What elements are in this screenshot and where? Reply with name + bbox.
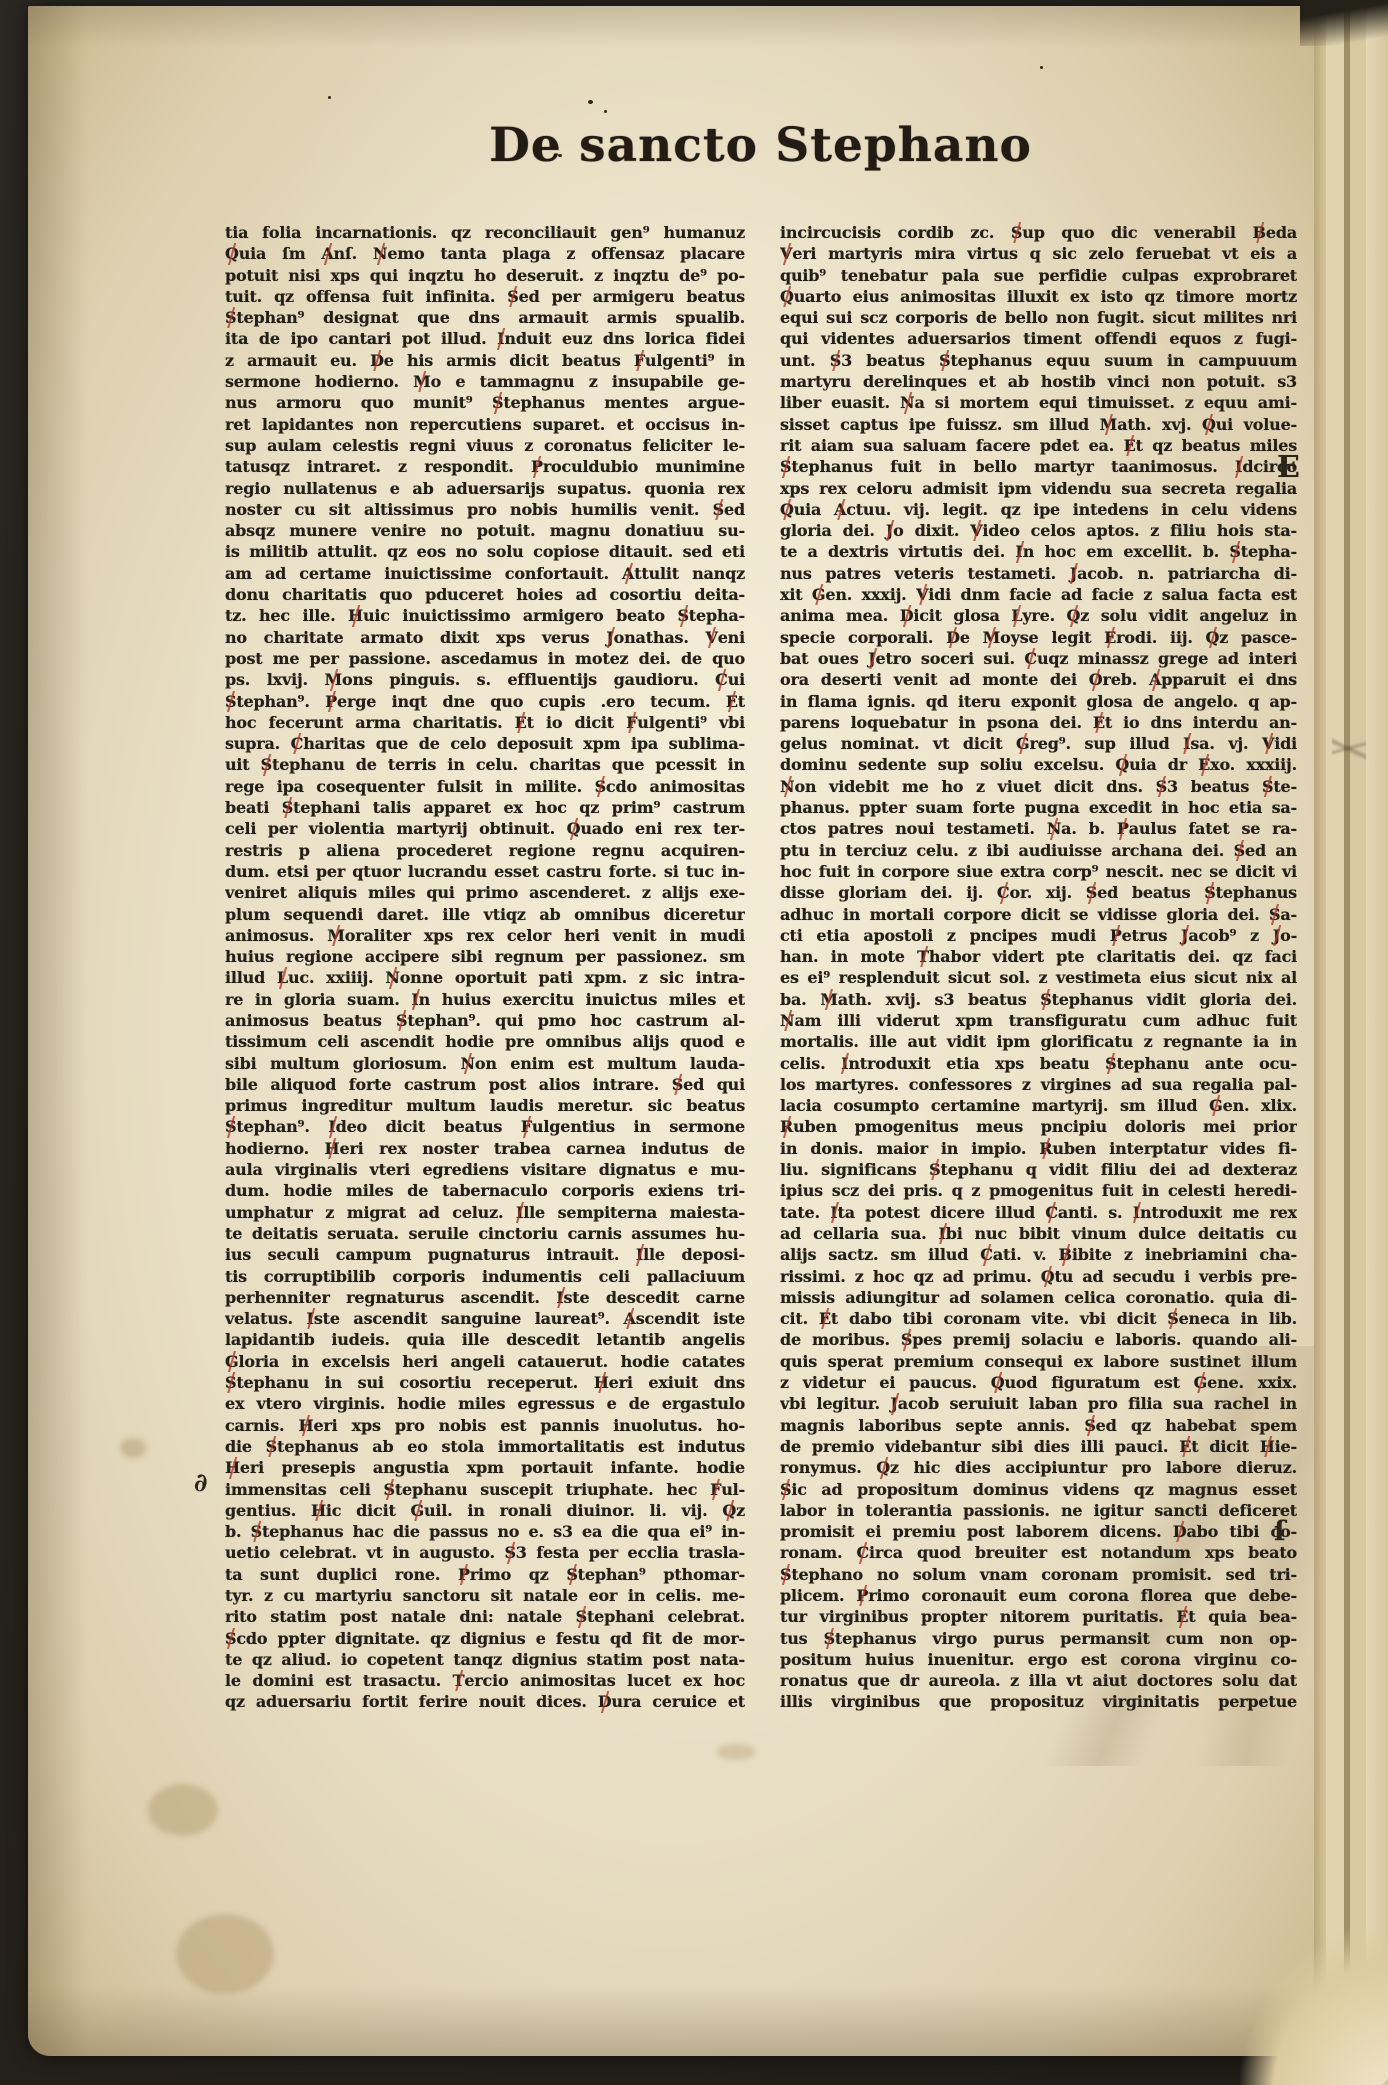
text-line: no charitate armato dixit xps verus Jona… bbox=[225, 627, 745, 648]
rubricated-capital: J bbox=[1181, 925, 1188, 946]
rubricated-capital: I bbox=[556, 1287, 563, 1308]
text-line: tatusqz intraret. z respondit. Proculdub… bbox=[225, 456, 745, 477]
text-line: Quia ſm Anſ. Nemo tanta plaga z offensaz… bbox=[225, 243, 745, 264]
rubricated-capital: E bbox=[1124, 435, 1136, 456]
text-line: perhenniter regnaturus ascendit. Iste de… bbox=[225, 1287, 745, 1308]
rubricated-capital: Q bbox=[1067, 605, 1081, 626]
text-line: in donis. maior in impio. Ruben interpta… bbox=[780, 1138, 1297, 1159]
rubricated-capital: Q bbox=[225, 243, 239, 264]
text-line: liber euasit. Na si mortem equi timuisse… bbox=[780, 392, 1297, 413]
text-line: re in gloria suam. In huius exercitu inu… bbox=[225, 989, 745, 1010]
text-line: tissimum celi ascendit hodie pre omnibus… bbox=[225, 1031, 745, 1052]
top-edge-shadow bbox=[28, 6, 1314, 48]
rubricated-capital: S bbox=[225, 1628, 236, 1649]
rubricated-capital: I bbox=[1183, 733, 1190, 754]
rubricated-capital: E bbox=[1176, 1606, 1188, 1627]
rubricated-capital: T bbox=[917, 946, 929, 967]
text-line: am ad certame inuictissime confortauit. … bbox=[225, 563, 745, 584]
text-line: tia folia incarnationis. qz reconciliaui… bbox=[225, 222, 745, 243]
rubricated-capital: P bbox=[458, 1564, 470, 1585]
text-line: tyr. z cu martyriu sanctoru sit natale e… bbox=[225, 1585, 745, 1606]
rubricated-capital: S bbox=[251, 1521, 262, 1542]
rubricated-capital: J bbox=[868, 648, 875, 669]
text-line: ta sunt duplici rone. Primo qz Stephan⁹ … bbox=[225, 1564, 745, 1585]
rubricated-capital: S bbox=[780, 1564, 791, 1585]
text-line: rit aiam sua saluam facere pdet ea. Et q… bbox=[780, 435, 1297, 456]
text-line: ita de ipo cantari pot illud. Induit euz… bbox=[225, 328, 745, 349]
text-line: restris p aliena procederet regione regn… bbox=[225, 840, 745, 861]
rubricated-capital: N bbox=[460, 1053, 474, 1074]
rubricated-capital: S bbox=[1011, 222, 1022, 243]
text-line: equi sui scz corporis de bello non fugit… bbox=[780, 307, 1297, 328]
rubricated-capital: S bbox=[830, 350, 841, 371]
rubricated-capital: S bbox=[396, 1010, 407, 1031]
text-line: bile aliquod forte castrum post alios in… bbox=[225, 1074, 745, 1095]
rubricated-capital: S bbox=[1084, 1415, 1095, 1436]
rubricated-capital: C bbox=[980, 1244, 993, 1265]
rubricated-capital: P bbox=[1117, 818, 1129, 839]
rubricated-capital: S bbox=[901, 1329, 912, 1350]
rubricated-capital: S bbox=[595, 776, 606, 797]
column-right: incircucisis cordib zc. Sup quo dic vene… bbox=[780, 222, 1297, 1713]
text-line: vbi legitur. Jacob seruiuit laban pro fi… bbox=[780, 1393, 1297, 1414]
text-line: velatus. Iste ascendit sanguine laureat⁹… bbox=[225, 1308, 745, 1329]
ink-speck bbox=[588, 100, 593, 104]
rubricated-capital: V bbox=[1262, 733, 1274, 754]
text-line: die Stephanus ab eo stola immortalitatis… bbox=[225, 1436, 745, 1457]
text-line: ba. Math. xvij. s3 beatus Stephanus vidi… bbox=[780, 989, 1297, 1010]
rubricated-capital: G bbox=[812, 584, 825, 605]
rubricated-capital: I bbox=[841, 1053, 848, 1074]
text-line: animosus. Moraliter xps rex celor heri v… bbox=[225, 925, 745, 946]
rubricated-capital: E bbox=[515, 712, 527, 733]
rubricated-capital: C bbox=[857, 1542, 870, 1563]
rubricated-capital: F bbox=[634, 350, 645, 371]
marginal-mark: ∂ bbox=[194, 1468, 207, 1497]
rubricated-capital: H bbox=[299, 1415, 314, 1436]
rubricated-capital: N bbox=[900, 392, 914, 413]
text-line: ctos patres noui testameti. Na. b. Paulu… bbox=[780, 818, 1297, 839]
text-line: han. in mote Thabor vidert pte claritati… bbox=[780, 946, 1297, 967]
text-line: Non videbit me ho z viuet dicit dns. S3 … bbox=[780, 776, 1297, 797]
rubricated-capital: H bbox=[225, 1457, 240, 1478]
background-corner bbox=[1300, 0, 1388, 46]
rubricated-capital: N bbox=[373, 243, 387, 264]
rubricated-capital: J bbox=[890, 1393, 897, 1414]
fore-edge-leaf bbox=[1350, 0, 1366, 2085]
rubricated-capital: S bbox=[266, 1436, 277, 1457]
text-line: ad cellaria sua. Ibi nuc bibit vinum dul… bbox=[780, 1223, 1297, 1244]
text-line: qui videntes aduersarios timent offendi … bbox=[780, 328, 1297, 349]
text-line: gloria dei. Jo dixit. Video celos aptos.… bbox=[780, 520, 1297, 541]
text-line: bat oues Jetro soceri sui. Cuqz minassz … bbox=[780, 648, 1297, 669]
rubricated-capital: P bbox=[856, 1585, 868, 1606]
page-curl bbox=[1240, 1925, 1388, 2085]
rubricated-capital: Q bbox=[1202, 414, 1216, 435]
text-line: ronatus que dr aureola. z illa vt aiut d… bbox=[780, 1670, 1297, 1691]
text-line: carnis. Heri xps pro nobis est pannis in… bbox=[225, 1415, 745, 1436]
rubricated-capital: M bbox=[983, 627, 1001, 648]
book-scan: { "page": { "heading": "De sancto Stepha… bbox=[0, 0, 1388, 2085]
text-line: Quia Actuu. vij. legit. qz ipe intedens … bbox=[780, 499, 1297, 520]
rubricated-capital: I bbox=[1015, 541, 1022, 562]
fore-edge-leaf bbox=[1366, 0, 1388, 2085]
text-line: ps. lxvij. Mons pinguis. s. effluentijs … bbox=[225, 669, 745, 690]
ink-speck bbox=[1040, 66, 1043, 69]
rubricated-capital: M bbox=[413, 371, 431, 392]
text-line: los martyres. confessores z virgines ad … bbox=[780, 1074, 1297, 1095]
text-line: dum. hodie miles de tabernaculo corporis… bbox=[225, 1180, 745, 1201]
rubricated-capital: S bbox=[1229, 541, 1240, 562]
rubricated-capital: M bbox=[325, 669, 343, 690]
rubricated-capital: J bbox=[886, 520, 893, 541]
rubricated-capital: M bbox=[327, 925, 345, 946]
text-line: huius regione accipere sibi regnum per p… bbox=[225, 946, 745, 967]
text-line: magnis laboribus septe annis. Sed qz hab… bbox=[780, 1415, 1297, 1436]
rubricated-capital: S bbox=[1040, 989, 1051, 1010]
rubricated-capital: I bbox=[497, 328, 504, 349]
rubricated-capital: L bbox=[277, 967, 288, 988]
rubricated-capital: D bbox=[1173, 1521, 1187, 1542]
rubricated-capital: Q bbox=[567, 818, 581, 839]
rubricated-capital: C bbox=[291, 733, 304, 754]
text-line: Stephan⁹. Ideo dicit beatus Fulgentius i… bbox=[225, 1116, 745, 1137]
rubricated-capital: A bbox=[624, 1308, 636, 1329]
rubricated-capital: S bbox=[225, 1372, 236, 1393]
text-line: donu charitatis quo pduceret hoies ad co… bbox=[225, 584, 745, 605]
rubricated-capital: J bbox=[1273, 925, 1280, 946]
rubricated-capital: N bbox=[385, 967, 399, 988]
text-line: umphatur z migrat ad celuz. Ille sempite… bbox=[225, 1202, 745, 1223]
text-line: tis corruptibilib corporis indumentis ce… bbox=[225, 1266, 745, 1287]
rubricated-capital: I bbox=[1235, 456, 1242, 477]
text-line: cti etia apostoli z pncipes mudi Petrus … bbox=[780, 925, 1297, 946]
rubricated-capital: S bbox=[713, 499, 724, 520]
ink-speck bbox=[328, 96, 331, 99]
text-line: Nam illi viderut xpm transfiguratu cum a… bbox=[780, 1010, 1297, 1031]
text-line: Scdo ppter dignitate. qz dignius e festu… bbox=[225, 1628, 745, 1649]
text-line: tur virginibus propter nitorem puritatis… bbox=[780, 1606, 1297, 1627]
rubricated-capital: H bbox=[348, 605, 363, 626]
bottom-edge-shadow bbox=[28, 1986, 1314, 2056]
rubricated-capital: I bbox=[830, 1202, 837, 1223]
text-line: te qz aliud. io copetent tanqz dignius s… bbox=[225, 1649, 745, 1670]
text-line: quib⁹ tenebatur pala sue perfidie culpas… bbox=[780, 265, 1297, 286]
text-line: aula virginalis vteri egrediens visitare… bbox=[225, 1159, 745, 1180]
text-line: dominu sedente sup soliu excelsu. Quia d… bbox=[780, 754, 1297, 775]
text-line: gelus nominat. vt dicit Greg⁹. sup illud… bbox=[780, 733, 1297, 754]
text-line: Quarto eius animositas illuxit ex isto q… bbox=[780, 286, 1297, 307]
text-line: noster cu sit altissimus pro nobis humil… bbox=[225, 499, 745, 520]
rubricated-capital: R bbox=[1039, 1138, 1052, 1159]
text-line: absqz munere venire no potuit. magnu don… bbox=[225, 520, 745, 541]
text-line: z armauit eu. De his armis dicit beatus … bbox=[225, 350, 745, 371]
text-line: sup aulam celestis regni viuus z coronat… bbox=[225, 435, 745, 456]
rubricated-capital: C bbox=[715, 669, 728, 690]
rubricated-capital: N bbox=[780, 1010, 794, 1031]
rubricated-capital: S bbox=[225, 691, 236, 712]
rubricated-capital: E bbox=[819, 1308, 831, 1329]
text-line: tate. Ita potest dicere illud Canti. s. … bbox=[780, 1202, 1297, 1223]
text-line: de premio videbantur sibi dies illi pauc… bbox=[780, 1436, 1297, 1457]
rubricated-capital: S bbox=[1167, 1308, 1178, 1329]
text-line: veniret aliquis miles qui primo ascender… bbox=[225, 882, 745, 903]
text-line: liu. significans Stephanu q vidit filiu … bbox=[780, 1159, 1297, 1180]
rubricated-capital: H bbox=[1260, 1436, 1275, 1457]
text-line: anima mea. Dicit glosa Lyre. Qz solu vid… bbox=[780, 605, 1297, 626]
text-line: uit Stephanu de terris in celu. charitas… bbox=[225, 754, 745, 775]
text-line: nus patres veteris testameti. Jacob. n. … bbox=[780, 563, 1297, 584]
rubricated-capital: S bbox=[780, 456, 791, 477]
text-line: rege ipa cosequenter fulsit in milite. S… bbox=[225, 776, 745, 797]
rubricated-capital: A bbox=[321, 243, 333, 264]
rubricated-capital: C bbox=[997, 882, 1010, 903]
rubricated-capital: A bbox=[622, 563, 634, 584]
text-line: martyru derelinques et ab hostib vinci n… bbox=[780, 371, 1297, 392]
rubricated-capital: Q bbox=[1041, 1266, 1055, 1287]
rubricated-capital: D bbox=[370, 350, 384, 371]
rubricated-capital: S bbox=[261, 754, 272, 775]
text-line: adhuc in mortali corpore dicit se vidiss… bbox=[780, 904, 1297, 925]
rubricated-capital: G bbox=[1194, 1372, 1207, 1393]
fore-edge-leaf bbox=[1314, 0, 1326, 2085]
text-line: phanus. ppter suam forte pugna excedit i… bbox=[780, 797, 1297, 818]
text-line: Heri presepis angustia xpm portauit infa… bbox=[225, 1457, 745, 1478]
text-line: hodierno. Heri rex noster trabea carnea … bbox=[225, 1138, 745, 1159]
text-line: post me per passione. ascedamus in motez… bbox=[225, 648, 745, 669]
ink-speck bbox=[558, 154, 562, 157]
text-line: quis sperat premium consequi ex labore s… bbox=[780, 1351, 1297, 1372]
rubricated-capital: V bbox=[705, 627, 717, 648]
ink-speck bbox=[604, 110, 607, 113]
rubricated-capital: D bbox=[598, 1691, 612, 1712]
rubricated-capital: H bbox=[594, 1372, 609, 1393]
rubricated-capital: L bbox=[1011, 605, 1022, 626]
text-line: is militib attulit. qz eos no solu copio… bbox=[225, 541, 745, 562]
rubricated-capital: E bbox=[1179, 1436, 1191, 1457]
text-line: regio nullatenus e ab aduersarijs supatu… bbox=[225, 478, 745, 499]
rubricated-capital: G bbox=[1016, 733, 1029, 754]
text-line: hoc fuit in corpore siue extra corp⁹ nes… bbox=[780, 861, 1297, 882]
rubricated-capital: B bbox=[1059, 1244, 1072, 1265]
text-line: b. Stephanus hac die passus no e. s3 ea … bbox=[225, 1521, 745, 1542]
rubricated-capital: B bbox=[1253, 222, 1266, 243]
rubricated-capital: F bbox=[626, 712, 637, 733]
stain bbox=[716, 1744, 756, 1760]
marginal-mark: E bbox=[1277, 450, 1300, 485]
text-line: alijs sactz. sm illud Cati. v. Bibite z … bbox=[780, 1244, 1297, 1265]
rubricated-capital: G bbox=[225, 1351, 238, 1372]
rubricated-capital: S bbox=[225, 1116, 236, 1137]
text-line: ora deserti venit ad monte dei Oreb. App… bbox=[780, 669, 1297, 690]
rubricated-capital: R bbox=[780, 1116, 793, 1137]
page-title: De sancto Stephano bbox=[225, 118, 1296, 173]
rubricated-capital: I bbox=[307, 1308, 314, 1329]
rubricated-capital: S bbox=[672, 1074, 683, 1095]
text-line: tus Stephanus virgo purus permansit cum … bbox=[780, 1628, 1297, 1649]
text-line: Gloria in excelsis heri angeli catauerut… bbox=[225, 1351, 745, 1372]
text-line: illis virginibus que proposituz virginit… bbox=[780, 1691, 1297, 1712]
rubricated-capital: Q bbox=[1206, 627, 1220, 648]
text-line: Stephan⁹. Perge inqt dne quo cupis .ero … bbox=[225, 691, 745, 712]
rubricated-capital: S bbox=[383, 1479, 394, 1500]
rubricated-capital: C bbox=[1024, 648, 1037, 669]
text-line: sibi multum gloriosum. Non enim est mult… bbox=[225, 1053, 745, 1074]
rubricated-capital: I bbox=[328, 1116, 335, 1137]
rubricated-capital: S bbox=[824, 1628, 835, 1649]
text-line: ronymus. Qz hic dies accipiuntur pro lab… bbox=[780, 1457, 1297, 1478]
rubricated-capital: E bbox=[1198, 754, 1210, 775]
rubricated-capital: Q bbox=[876, 1457, 890, 1478]
rubricated-capital: S bbox=[1269, 904, 1280, 925]
text-line: Sic ad propositum dominus videns qz magn… bbox=[780, 1479, 1297, 1500]
marginal-smudge bbox=[1332, 736, 1366, 762]
text-line: rissimi. z hoc qz ad primu. Qtu ad secud… bbox=[780, 1266, 1297, 1287]
text-line: xps rex celoru admisit ipm videndu sua s… bbox=[780, 478, 1297, 499]
rubricated-capital: E bbox=[1104, 627, 1116, 648]
text-line: te a dextris virtutis dei. In hoc em exc… bbox=[780, 541, 1297, 562]
text-line: ronam. Circa quod breuiter est notandum … bbox=[780, 1542, 1297, 1563]
rubricated-capital: A bbox=[1149, 669, 1161, 690]
rubricated-capital: J bbox=[1070, 563, 1077, 584]
text-line: primus ingreditur multum laudis meretur.… bbox=[225, 1095, 745, 1116]
rubricated-capital: F bbox=[521, 1116, 532, 1137]
rubricated-capital: S bbox=[780, 1479, 791, 1500]
rubricated-capital: S bbox=[677, 605, 688, 626]
fore-edge-leaf bbox=[1326, 0, 1344, 2085]
rubricated-capital: H bbox=[311, 1500, 326, 1521]
text-line: positum huius inuenitur. ergo est corona… bbox=[780, 1649, 1297, 1670]
text-line: sermone hodierno. Mo e tammagnu z insupa… bbox=[225, 371, 745, 392]
text-line: ius seculi campum pugnaturus intrauit. I… bbox=[225, 1244, 745, 1265]
rubricated-capital: D bbox=[900, 605, 914, 626]
text-line: qz aduersariu fortit ferire nouit dices.… bbox=[225, 1691, 745, 1712]
stain bbox=[148, 1784, 218, 1836]
text-line: nus armoru quo munit⁹ Stephanus mentes a… bbox=[225, 392, 745, 413]
rubricated-capital: V bbox=[970, 520, 982, 541]
text-line: plicem. Primo coronauit eum corona flore… bbox=[780, 1585, 1297, 1606]
rubricated-capital: N bbox=[1047, 818, 1061, 839]
rubricated-capital: S bbox=[1204, 882, 1215, 903]
rubricated-capital: Q bbox=[722, 1500, 736, 1521]
text-line: parens loquebatur in psona dei. Et io dn… bbox=[780, 712, 1297, 733]
rubricated-capital: I bbox=[1133, 1202, 1140, 1223]
rubricated-capital: S bbox=[1086, 882, 1097, 903]
rubricated-capital: I bbox=[516, 1202, 523, 1223]
text-line: le domini est trasactu. Tercio animosita… bbox=[225, 1670, 745, 1691]
rubricated-capital: G bbox=[411, 1500, 424, 1521]
rubricated-capital: F bbox=[710, 1479, 721, 1500]
rubricated-capital: S bbox=[504, 1542, 515, 1563]
text-line: supra. Charitas que de celo deposuit xpm… bbox=[225, 733, 745, 754]
text-line: labor in tolerantia passionis. ne igitur… bbox=[780, 1500, 1297, 1521]
stain bbox=[120, 1438, 146, 1458]
text-line: ipius scz dei pris. q z pmogenitus fuit … bbox=[780, 1180, 1297, 1201]
column-left: tia folia incarnationis. qz reconciliaui… bbox=[225, 222, 745, 1713]
text-line: animosus beatus Stephan⁹. qui pmo hoc ca… bbox=[225, 1010, 745, 1031]
text-line: unt. S3 beatus Stephanus equu suum in ca… bbox=[780, 350, 1297, 371]
text-line: in flama ignis. qd iteru exponit glosa d… bbox=[780, 691, 1297, 712]
text-line: es ei⁹ resplenduit sicut sol. z vestimet… bbox=[780, 967, 1297, 988]
text-line: immensitas celi Stephanu suscepit triuph… bbox=[225, 1479, 745, 1500]
text-line: xit Gen. xxxij. Vidi dnm facie ad facie … bbox=[780, 584, 1297, 605]
text-line: disse gloriam dei. ij. Cor. xij. Sed bea… bbox=[780, 882, 1297, 903]
text-line: incircucisis cordib zc. Sup quo dic vene… bbox=[780, 222, 1297, 243]
rubricated-capital: V bbox=[780, 243, 792, 264]
text-line: ptu in terciuz celu. z ibi audiuisse arc… bbox=[780, 840, 1297, 861]
text-line: tz. hec ille. Huic inuictissimo armigero… bbox=[225, 605, 745, 626]
rubricated-capital: I bbox=[938, 1223, 945, 1244]
rubricated-capital: D bbox=[946, 627, 960, 648]
text-line: plum sequendi daret. ille vtiqz ab omnib… bbox=[225, 904, 745, 925]
rubricated-capital: P bbox=[1110, 925, 1122, 946]
rubricated-capital: S bbox=[1156, 776, 1167, 797]
text-line: specie corporali. De Moyse legit Erodi. … bbox=[780, 627, 1297, 648]
rubricated-capital: T bbox=[453, 1670, 465, 1691]
text-line: Stephano no solum vnam coronam promisit.… bbox=[780, 1564, 1297, 1585]
text-line: te deitatis seruata. seruile cinctoriu c… bbox=[225, 1223, 745, 1244]
rubricated-capital: S bbox=[282, 797, 293, 818]
rubricated-capital: S bbox=[492, 392, 503, 413]
rubricated-capital: C bbox=[1045, 1202, 1058, 1223]
text-line: illud Luc. xxiiij. Nonne oportuit pati x… bbox=[225, 967, 745, 988]
rubricated-capital: S bbox=[566, 1564, 577, 1585]
marginal-mark: ſ bbox=[1274, 1516, 1286, 1547]
rubricated-capital: S bbox=[225, 307, 236, 328]
rubricated-capital: P bbox=[325, 691, 337, 712]
text-line: beati Stephani talis apparet ex hoc qz p… bbox=[225, 797, 745, 818]
text-line: celi per violentia martyrij obtinuit. Qu… bbox=[225, 818, 745, 839]
text-line: Veri martyris mira virtus q sic zelo fer… bbox=[780, 243, 1297, 264]
text-line: Stephanus fuit in bello martyr taanimosu… bbox=[780, 456, 1297, 477]
rubricated-capital: P bbox=[531, 456, 543, 477]
rubricated-capital: N bbox=[780, 776, 794, 797]
text-line: Stephan⁹ designat que dns armauit armis … bbox=[225, 307, 745, 328]
rubricated-capital: J bbox=[606, 627, 613, 648]
rubricated-capital: Q bbox=[780, 499, 794, 520]
text-line: gentius. Hic dicit Guil. in ronali diuin… bbox=[225, 1500, 745, 1521]
text-line: lacia cosumpto certamine martyrij. sm il… bbox=[780, 1095, 1297, 1116]
rubricated-capital: Q bbox=[780, 286, 794, 307]
rubricated-capital: S bbox=[576, 1606, 587, 1627]
rubricated-capital: S bbox=[507, 286, 518, 307]
text-line: ret lapidantes non repercutiens suparet.… bbox=[225, 414, 745, 435]
text-line: tuit. qz offensa fuit infinita. Sed per … bbox=[225, 286, 745, 307]
rubricated-capital: A bbox=[834, 499, 846, 520]
rubricated-capital: O bbox=[1089, 669, 1103, 690]
rubricated-capital: I bbox=[636, 1244, 643, 1265]
text-line: de moribus. Spes premij solaciu e labori… bbox=[780, 1329, 1297, 1350]
text-line: hoc fecerunt arma charitatis. Et io dici… bbox=[225, 712, 745, 733]
rubricated-capital: Q bbox=[1115, 754, 1129, 775]
rubricated-capital: S bbox=[1234, 840, 1245, 861]
text-line: mortalis. ille aut vidit ipm glorificatu… bbox=[780, 1031, 1297, 1052]
rubricated-capital: S bbox=[1105, 1053, 1116, 1074]
rubricated-capital: G bbox=[1209, 1095, 1222, 1116]
rubricated-capital: M bbox=[820, 989, 838, 1010]
text-line: potuit nisi xps qui inqztu ho deseruit. … bbox=[225, 265, 745, 286]
rubricated-capital: Q bbox=[991, 1372, 1005, 1393]
text-line: Stephanu in sui cosortiu receperut. Heri… bbox=[225, 1372, 745, 1393]
text-line: Ruben pmogenitus meus pncipiu doloris me… bbox=[780, 1116, 1297, 1137]
text-line: z videtur ei paucus. Quod figuratum est … bbox=[780, 1372, 1297, 1393]
text-line: rito statim post natale dni: natale Step… bbox=[225, 1606, 745, 1627]
text-line: promisit ei premiu post laborem dicens. … bbox=[780, 1521, 1297, 1542]
book-page: De sancto Stephano tia folia incarnation… bbox=[28, 6, 1314, 2056]
stain bbox=[176, 1914, 274, 1994]
text-line: missis adiungitur ad solamen celica coro… bbox=[780, 1287, 1297, 1308]
text-line: uetio celebrat. vt in augusto. S3 festa … bbox=[225, 1542, 745, 1563]
